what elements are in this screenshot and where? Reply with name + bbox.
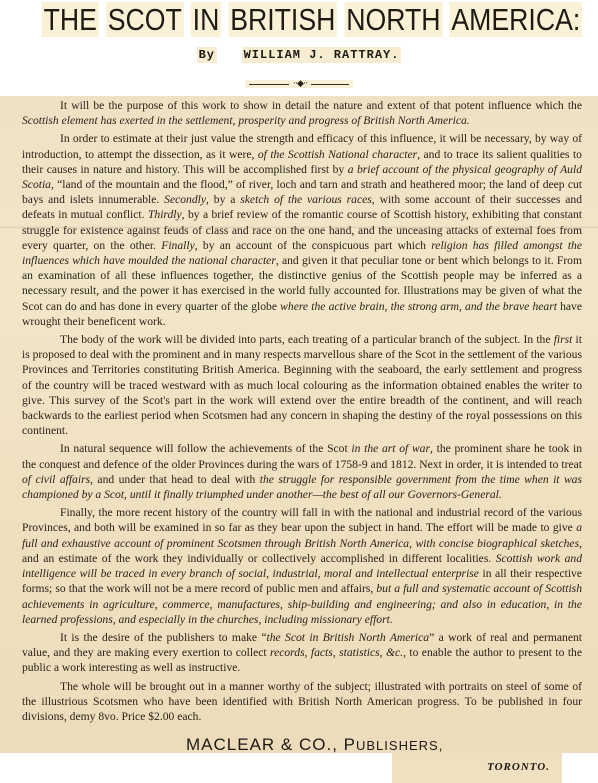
prospectus-body: It will be the purpose of this work to s… bbox=[22, 98, 582, 727]
page-margin-right bbox=[562, 753, 598, 783]
emphasis: Finally bbox=[161, 239, 195, 252]
header: THE SCOT IN BRITISH NORTH AMERICA: By WI… bbox=[0, 0, 598, 96]
divider-ornament-icon: ··◆·· bbox=[289, 77, 311, 89]
title-word: NORTH bbox=[345, 2, 443, 37]
city-strip: TORONTO. bbox=[392, 753, 562, 783]
title-word: THE bbox=[42, 2, 99, 37]
publisher-imprint: MACLEAR & CO., PUBLISHERS, bbox=[186, 735, 516, 755]
paragraph: Finally, the more recent history of the … bbox=[22, 505, 582, 627]
paragraph: It will be the purpose of this work to s… bbox=[22, 98, 582, 128]
emphasis: of civil affairs bbox=[22, 473, 90, 486]
paragraph: The whole will be brought out in a manne… bbox=[22, 679, 582, 725]
paragraph: It is the desire of the publishers to ma… bbox=[22, 630, 582, 676]
title-word: BRITISH bbox=[228, 2, 337, 37]
emphasis: records, facts, statistics, &c. bbox=[270, 646, 403, 659]
emphasis: but a full and systematic account of Sco… bbox=[22, 582, 582, 625]
emphasis: the Scot in British North America bbox=[267, 631, 430, 644]
title-word: AMERICA: bbox=[450, 2, 582, 37]
publisher-city: TORONTO. bbox=[487, 761, 550, 773]
emphasis: Scottish element has exerted in the sett… bbox=[22, 114, 470, 127]
emphasis: Secondly bbox=[164, 193, 206, 206]
title-word: IN bbox=[191, 2, 221, 37]
paragraph: In natural sequence will follow the achi… bbox=[22, 441, 582, 502]
emphasis: first bbox=[554, 333, 573, 346]
emphasis: of the Scottish National character bbox=[258, 148, 417, 161]
title-word: SCOT bbox=[106, 2, 184, 37]
emphasis: the struggle for responsible government … bbox=[22, 473, 582, 501]
page-margin bbox=[0, 753, 392, 783]
emphasis: where the active brain, the strong arm, … bbox=[280, 300, 557, 313]
publisher-label-rest: UBLISHERS, bbox=[356, 738, 443, 753]
byline-author: WILLIAM J. RATTRAY. bbox=[242, 47, 402, 63]
paragraph: In order to estimate at their just value… bbox=[22, 131, 582, 329]
emphasis: religion has filled amongst the influenc… bbox=[22, 239, 582, 267]
emphasis: a brief account of the physical geograph… bbox=[22, 163, 582, 191]
divider-rule-right bbox=[311, 84, 349, 85]
ornamental-divider: ··◆·· bbox=[245, 80, 353, 88]
emphasis: sketch of the various races bbox=[240, 193, 372, 206]
emphasis: a full and exhaustive account of promine… bbox=[22, 521, 582, 549]
byline-by: By bbox=[197, 47, 217, 63]
divider-rule-left bbox=[249, 84, 289, 85]
publisher-name: MACLEAR & CO., bbox=[186, 735, 338, 754]
emphasis: Scottish work and intelligence will be t… bbox=[22, 552, 582, 580]
publisher-label-initial: P bbox=[344, 735, 356, 754]
document-title: THE SCOT IN BRITISH NORTH AMERICA: bbox=[42, 2, 556, 38]
byline: By WILLIAM J. RATTRAY. bbox=[0, 48, 598, 62]
emphasis: in the art of war bbox=[351, 442, 430, 455]
paragraph: The body of the work will be divided int… bbox=[22, 332, 582, 438]
emphasis: Thirdly bbox=[148, 208, 182, 221]
